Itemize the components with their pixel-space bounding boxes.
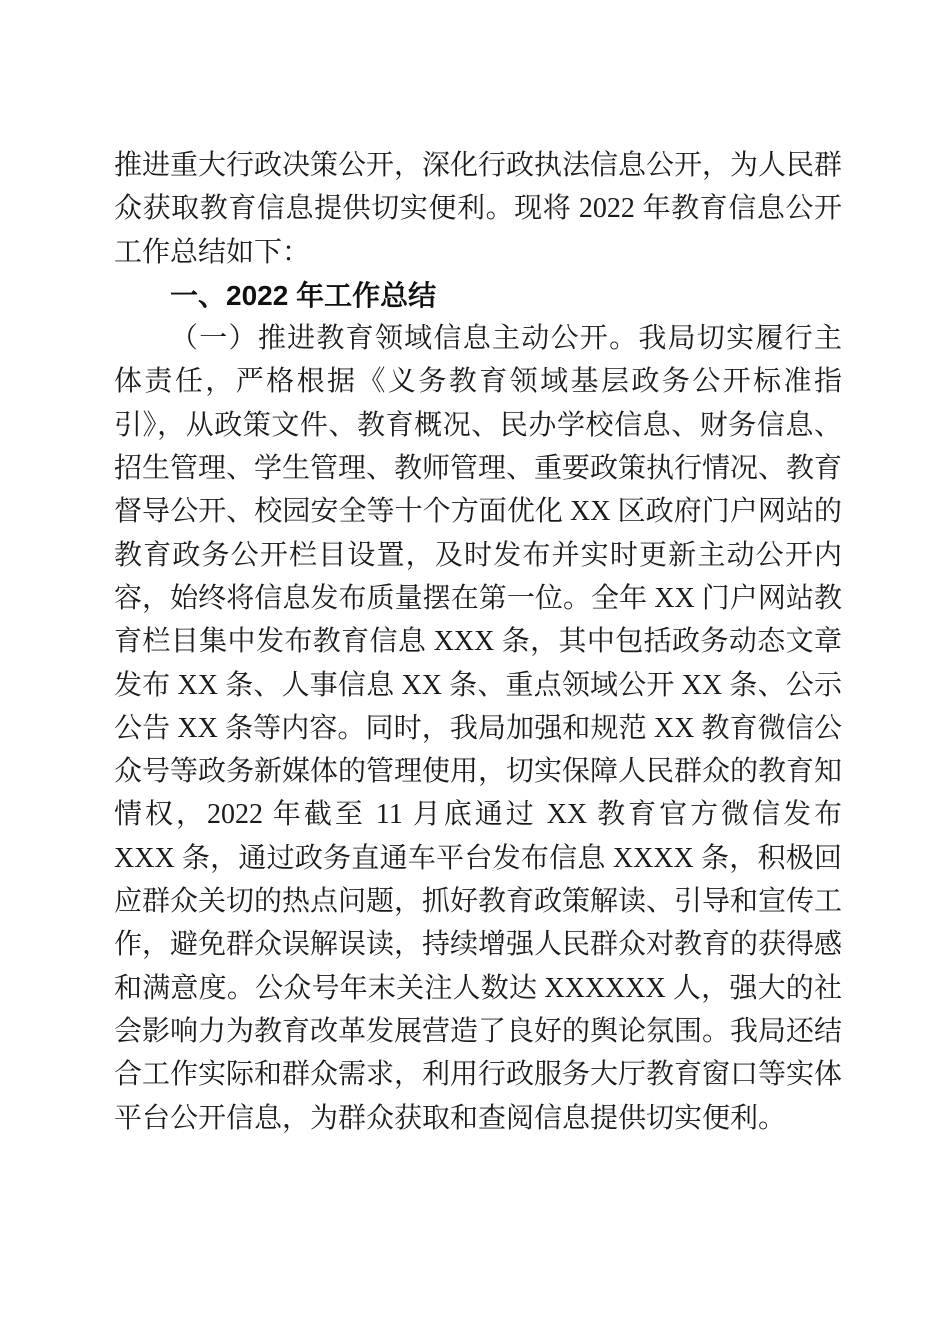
- section-heading: 一、2022 年工作总结: [114, 274, 842, 317]
- intro-paragraph: 推进重大行政决策公开，深化行政执法信息公开，为人民群众获取教育信息提供切实便利。…: [114, 144, 842, 274]
- document-body: 推进重大行政决策公开，深化行政执法信息公开，为人民群众获取教育信息提供切实便利。…: [114, 144, 842, 1140]
- body-paragraph: （一）推进教育领域信息主动公开。我局切实履行主体责任，严格根据《义务教育领域基层…: [114, 317, 842, 1140]
- document-page: 推进重大行政决策公开，深化行政执法信息公开，为人民群众获取教育信息提供切实便利。…: [0, 0, 950, 1344]
- paragraph-text: 我局切实履行主体责任，严格根据《义务教育领域基层政务公开标准指引》，从政策文件、…: [114, 323, 842, 1133]
- paragraph-lead: （一）推进教育领域信息主动公开。: [170, 323, 638, 354]
